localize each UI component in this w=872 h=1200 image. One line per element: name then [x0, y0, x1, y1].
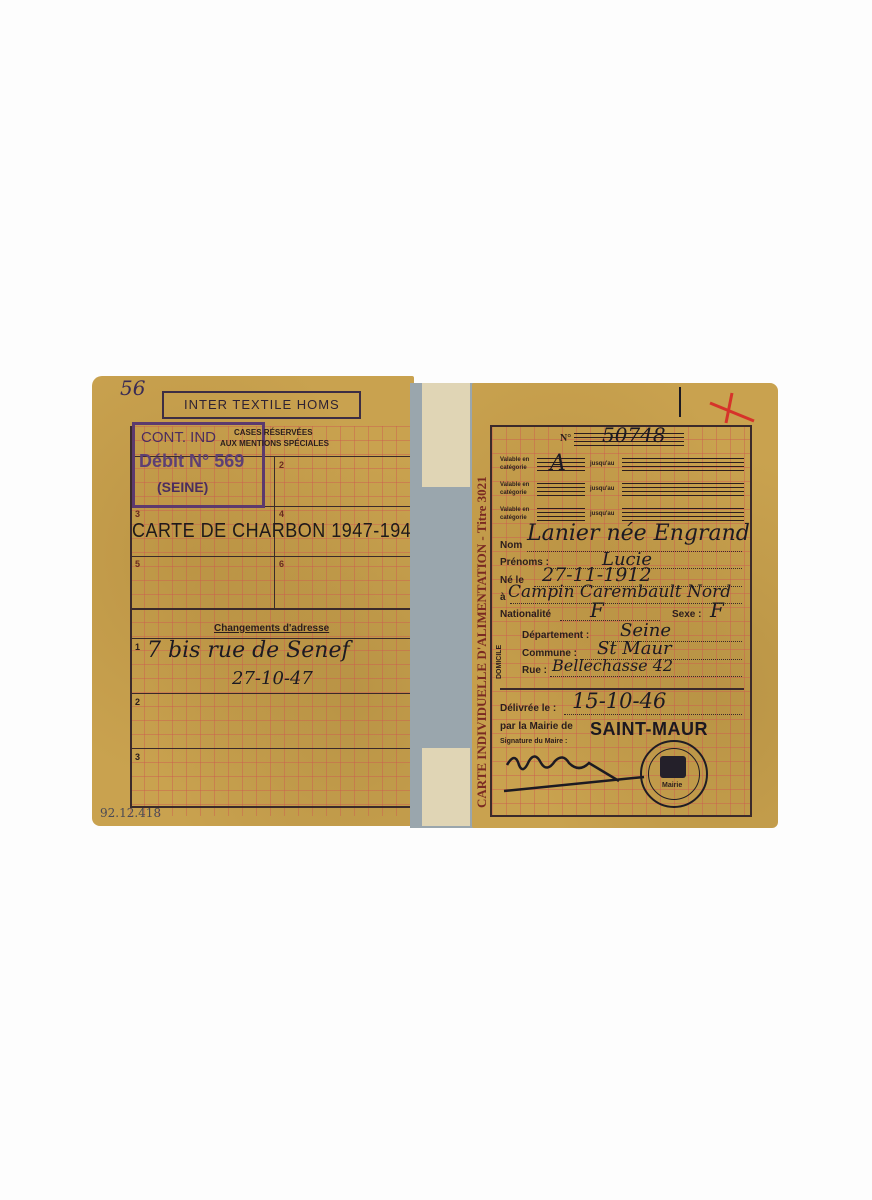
- mairie-label: par la Mairie de: [500, 721, 573, 732]
- street-label: Rue :: [522, 665, 547, 676]
- nationality-value: F: [590, 598, 604, 622]
- nom-value: Lanier née Engrand: [527, 521, 750, 546]
- stamp-debit: Débit N° 569: [139, 451, 244, 472]
- domicile-label: DOMICILE: [496, 645, 503, 679]
- birthplace-label: à: [500, 592, 506, 603]
- issued-label: Délivrée le :: [500, 703, 556, 714]
- category-lines: [537, 483, 585, 497]
- nationality-label: Nationalité: [500, 609, 551, 620]
- sex-label: Sexe :: [672, 609, 701, 620]
- until-label: jusqu'au: [590, 511, 614, 517]
- valid-category-label: Valable en catégorie: [500, 456, 534, 472]
- address-changes-title: Changements d'adresse: [214, 623, 329, 634]
- right-panel: CARTE INDIVIDUELLE D'ALIMENTATION - Titr…: [472, 383, 778, 828]
- left-panel: INTER TEXTILE HOMS 56 CONT. IND Débit N°…: [92, 376, 414, 826]
- issued-value: 15-10-46: [572, 689, 666, 713]
- mayor-signature: [502, 743, 652, 803]
- stamp-cont: CONT. IND: [141, 429, 216, 446]
- sex-value: F: [710, 598, 724, 622]
- ration-card: INTER TEXTILE HOMS 56 CONT. IND Débit N°…: [92, 373, 780, 828]
- spine-paper-top: [422, 383, 470, 487]
- box-number: 6: [279, 559, 284, 569]
- reserved-label: AUX MENTIONS SPÉCIALES: [220, 439, 329, 448]
- coat-of-arms-icon: [660, 756, 686, 778]
- border-left: [490, 425, 492, 817]
- red-cross-mark: [702, 391, 762, 431]
- until-lines: [622, 483, 744, 497]
- category-lines: [537, 508, 585, 522]
- handwritten-date: 27-10-47: [232, 668, 313, 689]
- card-number: 50748: [602, 423, 666, 447]
- row-number: 1: [135, 642, 140, 652]
- nom-label: Nom: [500, 540, 522, 551]
- mairie-seal: Mairie: [640, 740, 708, 808]
- dotted-line: [510, 603, 742, 604]
- card-vertical-title: CARTE INDIVIDUELLE D'ALIMENTATION - Titr…: [474, 476, 490, 808]
- box-number: 5: [135, 559, 140, 569]
- rule: [132, 556, 414, 557]
- birthplace-value: Campin Carembault Nord: [508, 582, 731, 602]
- seal-center-text: Mairie: [662, 782, 682, 789]
- pen-mark: [679, 387, 681, 417]
- dotted-line: [550, 676, 742, 677]
- number-label: N°: [560, 433, 571, 444]
- coal-card-stamp: CARTE DE CHARBON 1947-1948: [132, 518, 422, 542]
- dotted-line: [564, 714, 742, 715]
- row-number: 2: [135, 697, 140, 707]
- until-lines: [622, 458, 744, 472]
- pencil-reference: 92.12.418: [100, 806, 161, 820]
- handwritten-address: 7 bis rue de Senef: [147, 638, 350, 663]
- rule: [132, 748, 414, 749]
- border-bottom: [130, 806, 414, 808]
- corner-number: 56: [120, 376, 145, 400]
- spine-paper-bottom: [422, 748, 470, 826]
- department-label: Département :: [522, 630, 589, 641]
- valid-category-label: Valable en catégorie: [500, 506, 534, 522]
- border-bottom: [490, 815, 752, 817]
- until-label: jusqu'au: [590, 486, 614, 492]
- stamp-seine: (SEINE): [157, 479, 208, 495]
- row-number: 3: [135, 752, 140, 762]
- rule: [132, 608, 414, 610]
- street-value: Bellechasse 42: [552, 656, 673, 675]
- reserved-label: CASES RÉSERVÉES: [234, 428, 313, 437]
- category-value: A: [550, 451, 566, 476]
- until-lines: [622, 508, 744, 522]
- border-right: [750, 425, 752, 817]
- stamp-text: INTER TEXTILE HOMS: [184, 397, 340, 412]
- until-label: jusqu'au: [590, 461, 614, 467]
- box-number: 2: [279, 460, 284, 470]
- valid-category-label: Valable en catégorie: [500, 481, 534, 497]
- rule: [132, 693, 414, 694]
- inter-textile-stamp: INTER TEXTILE HOMS: [162, 391, 361, 419]
- mairie-stamp: SAINT-MAUR: [590, 719, 708, 740]
